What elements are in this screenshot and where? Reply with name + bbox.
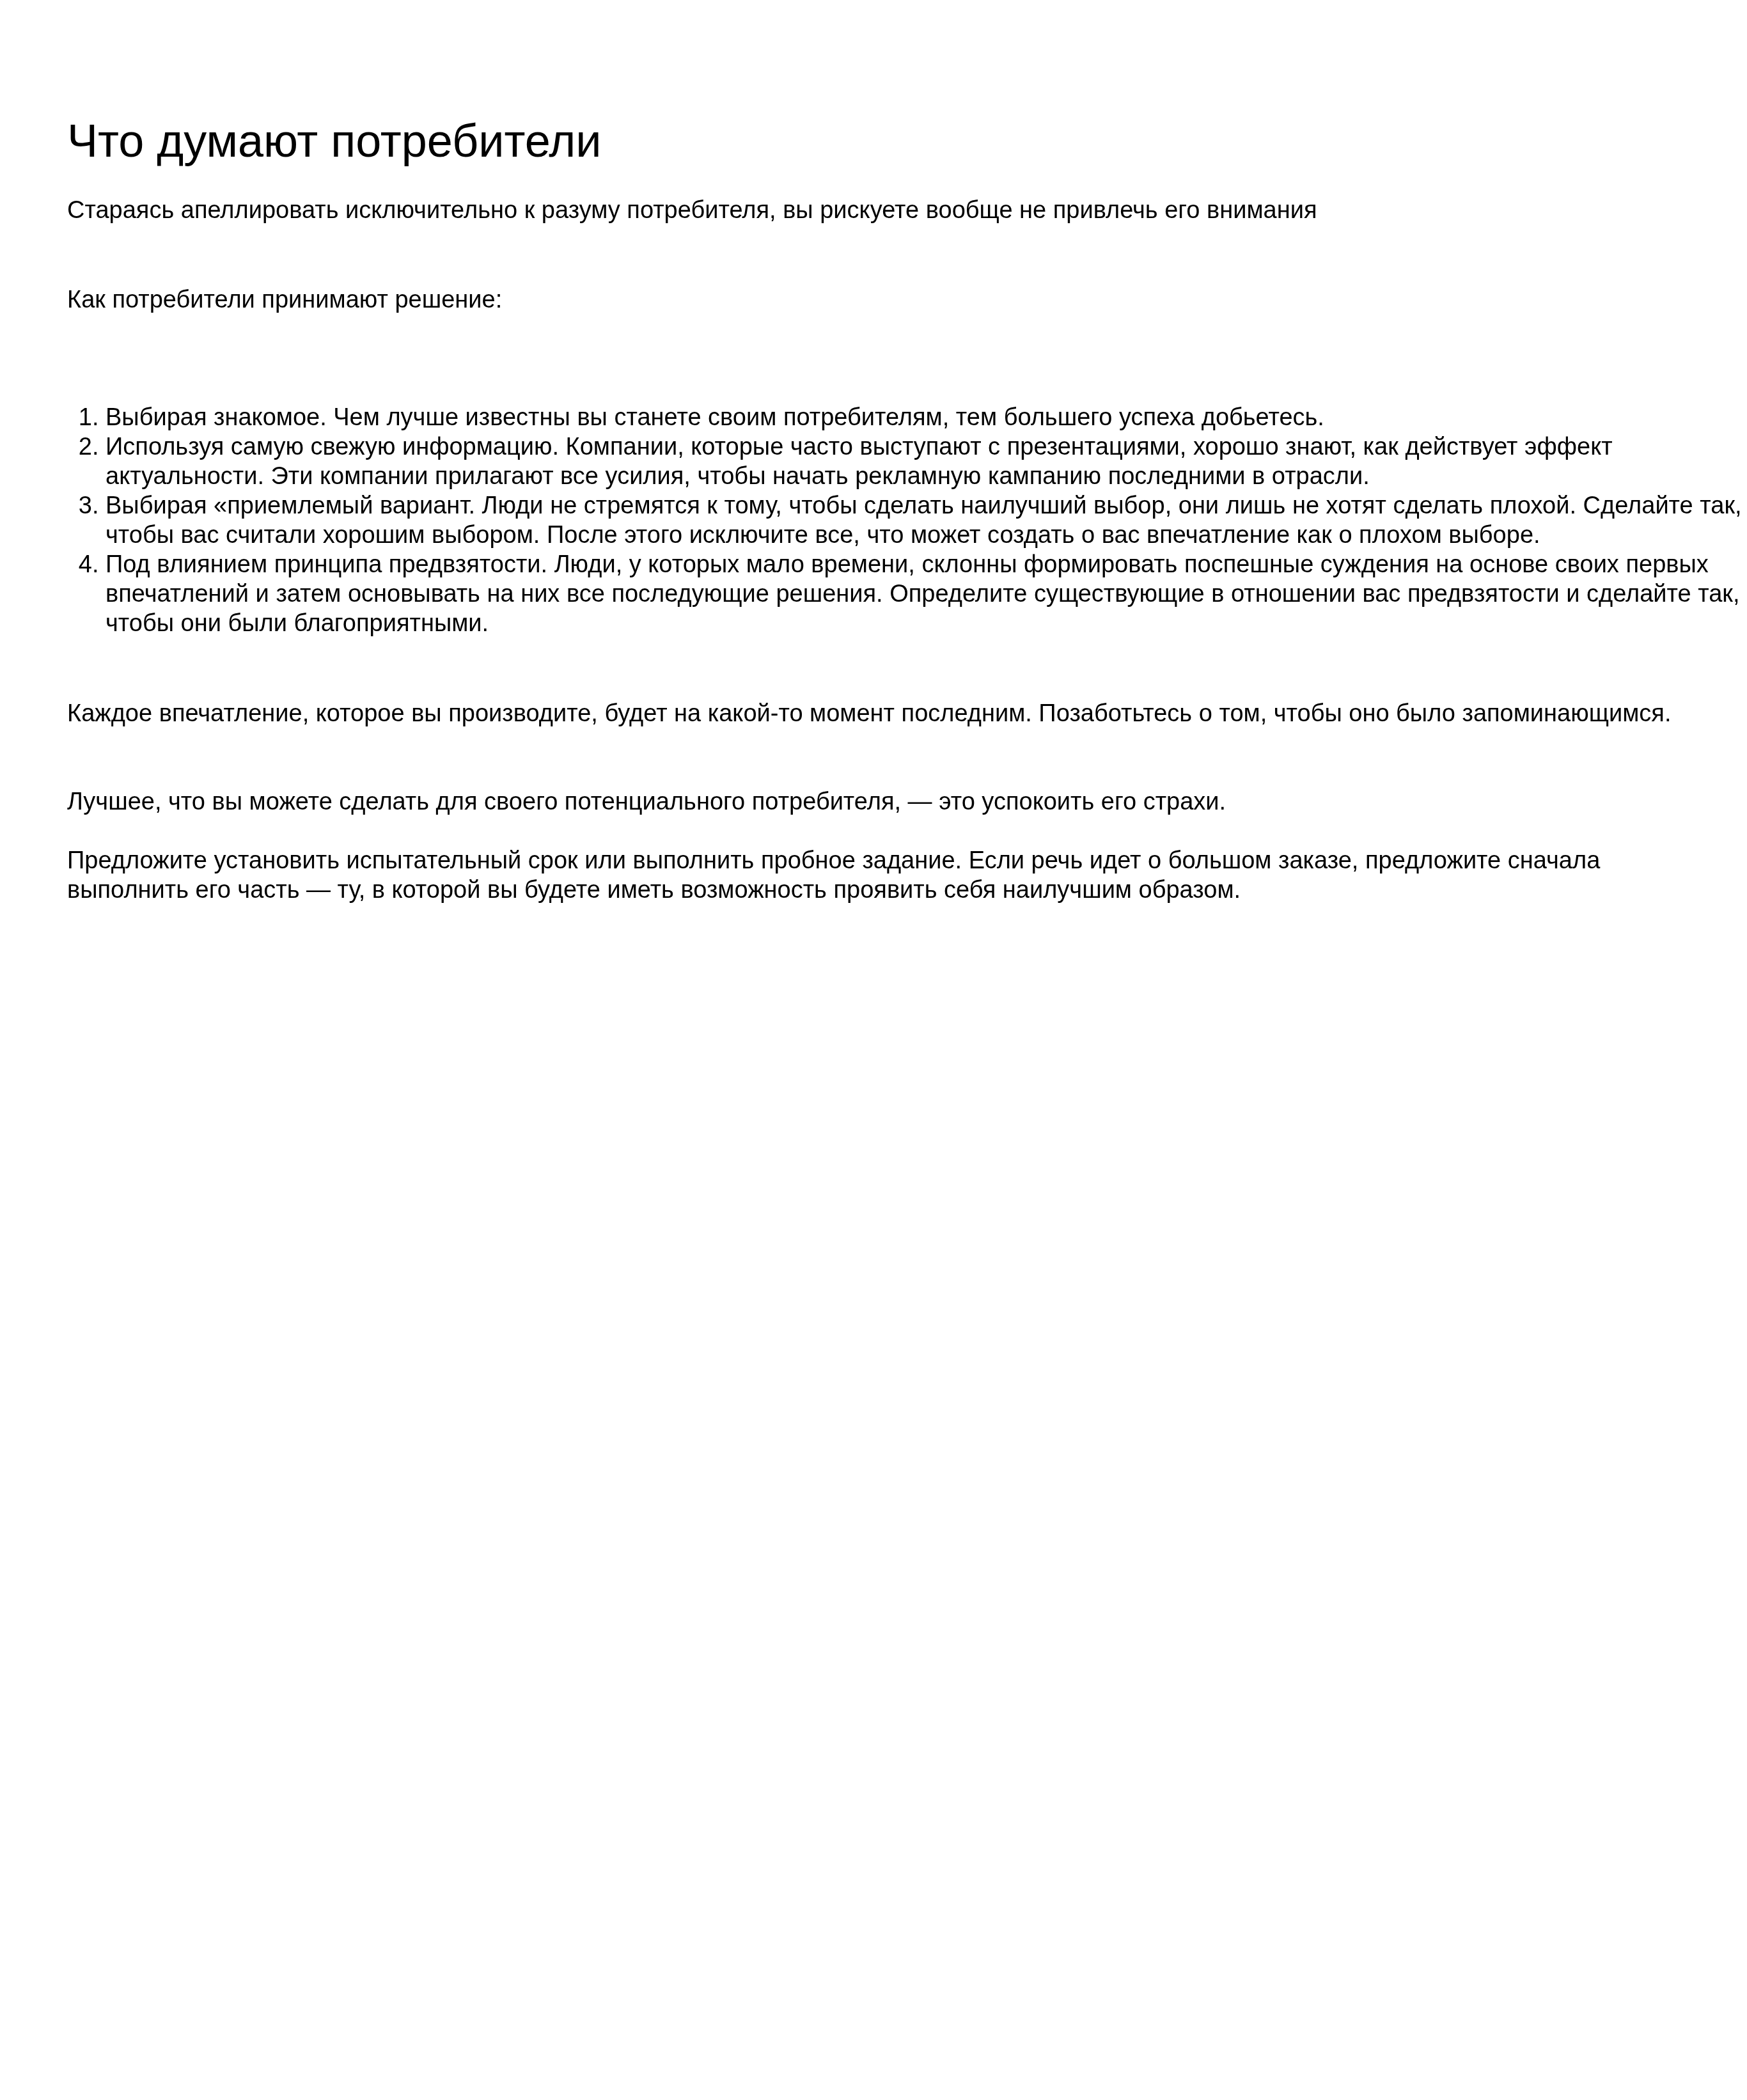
intro-text: Как потребители принимают решение: bbox=[67, 285, 502, 315]
list-item: Используя самую свежую информацию. Компа… bbox=[106, 432, 1747, 491]
list-item: Выбирая знакомое. Чем лучше известны вы … bbox=[106, 403, 1747, 432]
decision-list: Выбирая знакомое. Чем лучше известны вы … bbox=[67, 403, 1747, 638]
page-title: Что думают потребители bbox=[67, 113, 602, 170]
paragraph-impression: Каждое впечатление, которое вы производи… bbox=[67, 699, 1691, 728]
paragraph-fears: Лучшее, что вы можете сделать для своего… bbox=[67, 787, 1691, 817]
paragraph-trial: Предложите установить испытательный срок… bbox=[67, 846, 1691, 905]
page-subtitle: Стараясь апеллировать исключительно к ра… bbox=[67, 196, 1317, 225]
list-item: Выбирая «приемлемый вариант. Люди не стр… bbox=[106, 491, 1747, 550]
list-item: Под влиянием принципа предвзятости. Люди… bbox=[106, 550, 1747, 638]
